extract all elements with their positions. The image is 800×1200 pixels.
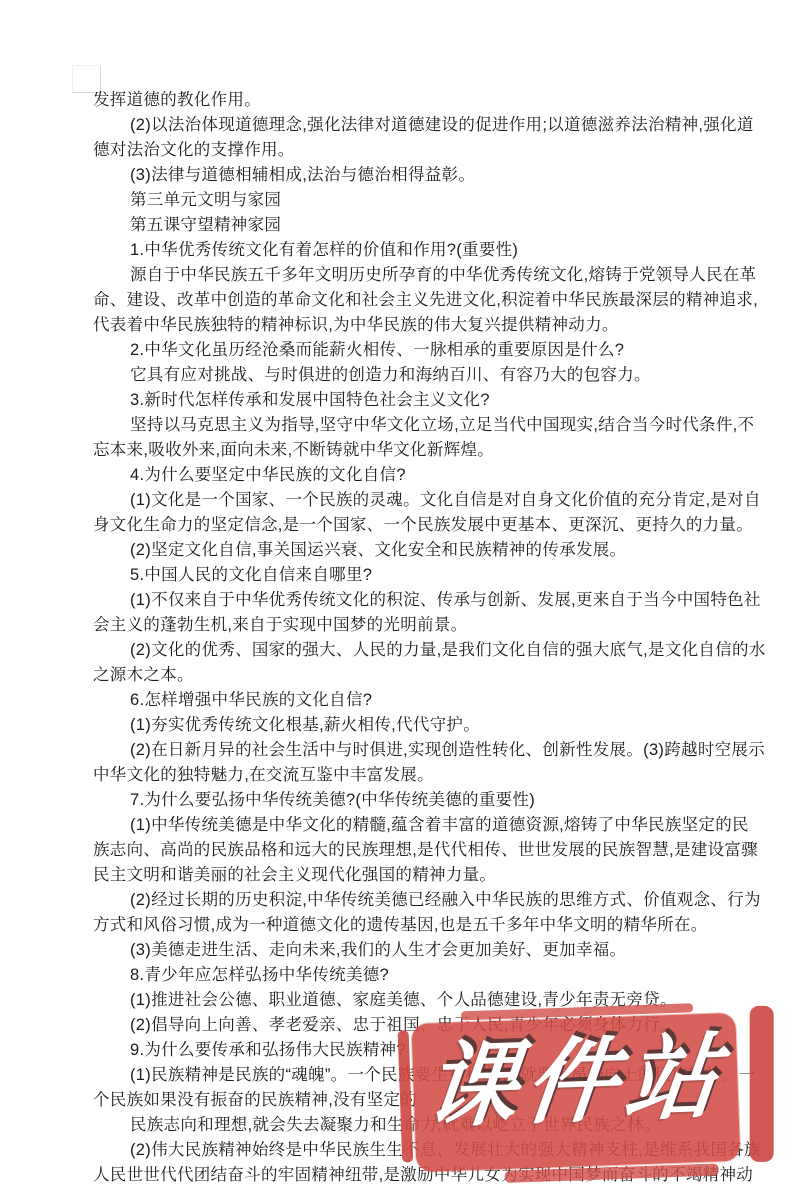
text-line: 个民族如果没有振奋的民族精神,没有坚定的	[93, 1088, 773, 1113]
text-line: (2)以法治体现道德理念,强化法律对道德建设的促进作用;以道德滋养法治精神,强化…	[93, 113, 773, 138]
text-line: 第三单元文明与家园	[93, 188, 773, 213]
text-line: 发挥道德的教化作用。	[93, 88, 773, 113]
text-line: (2)倡导向上向善、孝老爱亲、忠于祖国、忠于人民,青少年必须身体力行。	[93, 1013, 773, 1038]
text-line: (1)不仅来自于中华优秀传统文化的积淀、传承与创新、发展,更来自于当今中国特色社	[93, 588, 773, 613]
text-line: (2)伟大民族精神始终是中华民族生生不息、发展壮大的强大精神支柱,是维系我国各族	[93, 1138, 773, 1163]
document-page: 发挥道德的教化作用。(2)以法治体现道德理念,强化法律对道德建设的促进作用;以道…	[0, 0, 800, 1200]
text-line: 命、建设、改革中创造的革命文化和社会主义先进文化,积淀着中华民族最深层的精神追求…	[93, 288, 773, 313]
text-line: 它具有应对挑战、与时俱进的创造力和海纳百川、有容乃大的包容力。	[93, 363, 773, 388]
text-line: 代表着中华民族独特的精神标识,为中华民族的伟大复兴提供精神动力。	[93, 313, 773, 338]
text-line: (1)推进社会公德、职业道德、家庭美德、个人品德建设,青少年责无旁贷。	[93, 988, 773, 1013]
text-line: 会主义的蓬勃生机,来自于实现中国梦的光明前景。	[93, 613, 773, 638]
text-line: 3.新时代怎样传承和发展中国特色社会主义文化?	[93, 388, 773, 413]
text-line: 之源木之本。	[93, 663, 773, 688]
text-line: 8.青少年应怎样弘扬中华传统美德?	[93, 963, 773, 988]
text-line: (1)中华传统美德是中华文化的精髓,蕴含着丰富的道德资源,熔铸了中华民族坚定的民	[93, 813, 773, 838]
text-line: 中华文化的独特魅力,在交流互鉴中丰富发展。	[93, 763, 773, 788]
text-line: 9.为什么要传承和弘扬伟大民族精神?	[93, 1038, 773, 1063]
text-line: (1)夯实优秀传统文化根基,薪火相传,代代守护。	[93, 713, 773, 738]
text-line: 坚持以马克思主义为指导,坚守中华文化立场,立足当代中国现实,结合当今时代条件,不	[93, 413, 773, 438]
text-line: 2.中华文化虽历经沧桑而能薪火相传、一脉相承的重要原因是什么?	[93, 338, 773, 363]
text-line: (1)民族精神是民族的“魂魄”。一个民族要生存和发展,就要有昂扬向上的民族精神。…	[93, 1063, 773, 1088]
text-line: (2)坚定文化自信,事关国运兴衰、文化安全和民族精神的传承发展。	[93, 538, 773, 563]
text-line: 7.为什么要弘扬中华传统美德?(中华传统美德的重要性)	[93, 788, 773, 813]
text-line: 源自于中华民族五千多年文明历史所孕育的中华优秀传统文化,熔铸于党领导人民在革	[93, 263, 773, 288]
text-line: 1.中华优秀传统文化有着怎样的价值和作用?(重要性)	[93, 238, 773, 263]
text-line: 族志向、高尚的民族品格和远大的民族理想,是代代相传、世世发展的民族智慧,是建设富…	[93, 838, 773, 863]
text-line: (1)文化是一个国家、一个民族的灵魂。文化自信是对自身文化价值的充分肯定,是对自	[93, 488, 773, 513]
text-line: (2)在日新月异的社会生活中与时俱进,实现创造性转化、创新性发展。(3)跨越时空…	[93, 738, 773, 763]
text-line: 民族志向和理想,就会失去凝聚力和生命力,就难以屹立于世界民族之林。	[93, 1113, 773, 1138]
text-line: 人民世世代代团结奋斗的牢固精神纽带,是激励中华儿女为实现中国梦而奋斗的不竭精神动	[93, 1163, 773, 1188]
text-line: 方式和风俗习惯,成为一种道德文化的遗传基因,也是五千多年中华文明的精华所在。	[93, 913, 773, 938]
text-line: (3)美德走进生活、走向未来,我们的人生才会更加美好、更加幸福。	[93, 938, 773, 963]
text-line: 4.为什么要坚定中华民族的文化自信?	[93, 463, 773, 488]
document-text: 发挥道德的教化作用。(2)以法治体现道德理念,强化法律对道德建设的促进作用;以道…	[93, 88, 773, 1188]
text-line: 6.怎样增强中华民族的文化自信?	[93, 688, 773, 713]
text-line: (2)文化的优秀、国家的强大、人民的力量,是我们文化自信的强大底气,是文化自信的…	[93, 638, 773, 663]
text-line: 第五课守望精神家园	[93, 213, 773, 238]
text-line: 5.中国人民的文化自信来自哪里?	[93, 563, 773, 588]
text-line: (3)法律与道德相辅相成,法治与德治相得益彰。	[93, 163, 773, 188]
text-line: 忘本来,吸收外来,面向未来,不断铸就中华文化新辉煌。	[93, 438, 773, 463]
text-line: 民主文明和谐美丽的社会主义现代化强国的精神力量。	[93, 863, 773, 888]
text-line: 身文化生命力的坚定信念,是一个国家、一个民族发展中更基本、更深沉、更持久的力量。	[93, 513, 773, 538]
text-line: 德对法治文化的支撑作用。	[93, 138, 773, 163]
text-line: (2)经过长期的历史积淀,中华传统美德已经融入中华民族的思维方式、价值观念、行为	[93, 888, 773, 913]
